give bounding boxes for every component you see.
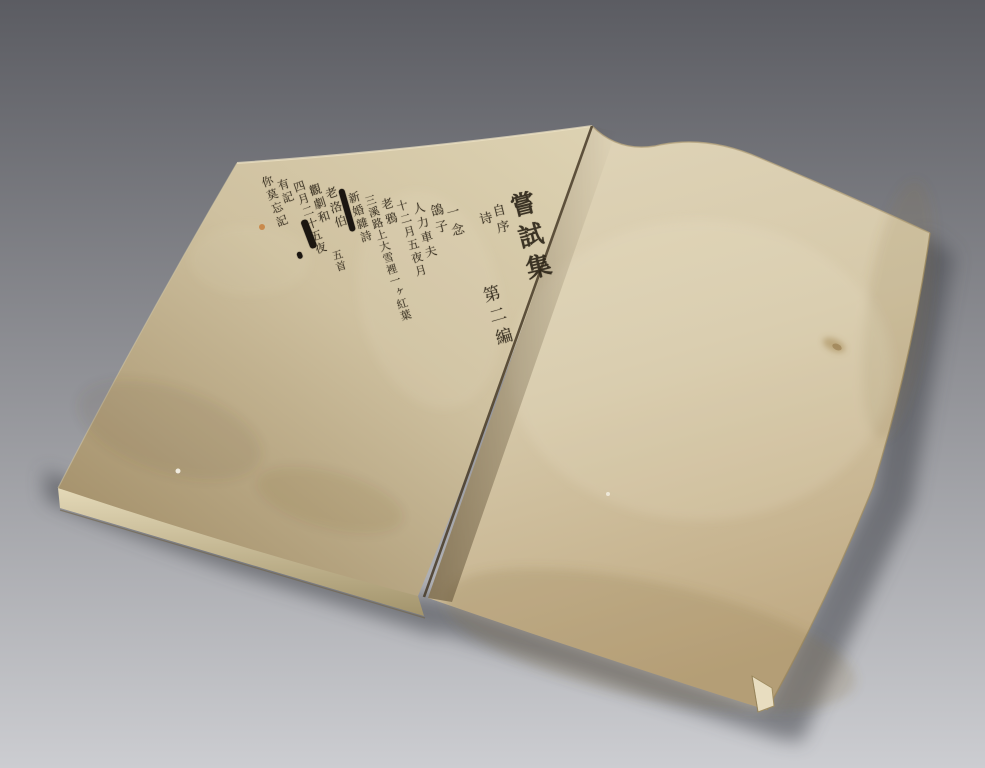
volume-label-column: 第二編 — [478, 284, 513, 352]
handwritten-contents: 嘗試集 自序 诗 第二編 一念 鴿子 人力車夫 十二月五夜月 老鴉 三溪路上大雪… — [0, 0, 985, 768]
entry-count-note: 五首 — [330, 248, 347, 273]
photo-stage: 嘗試集 自序 诗 第二編 一念 鴿子 人力車夫 十二月五夜月 老鴉 三溪路上大雪… — [0, 0, 985, 768]
ink-blot — [296, 251, 303, 259]
book-title-column: 嘗試集 — [506, 189, 553, 288]
section-label-column: 诗 — [476, 210, 492, 226]
